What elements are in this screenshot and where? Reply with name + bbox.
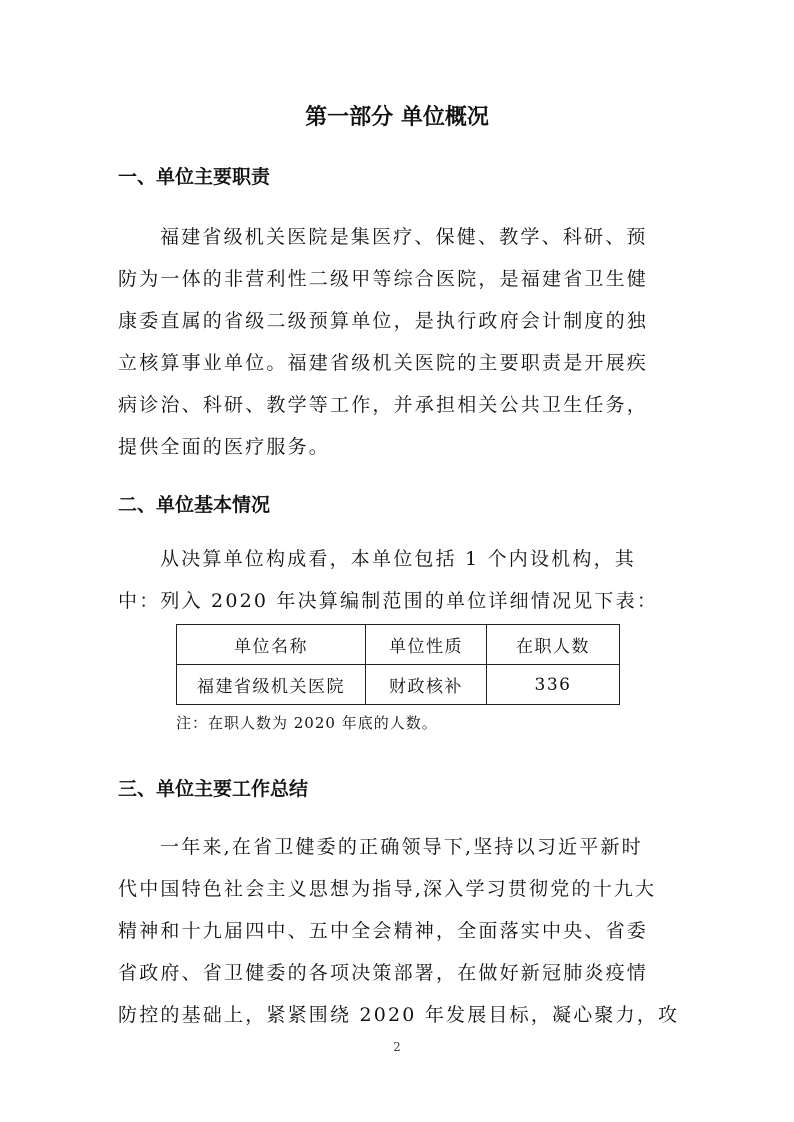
paragraph-line: 省政府、省卫健委的各项决策部署，在做好新冠肺炎疫情 xyxy=(118,958,688,985)
paragraph-line: 防为一体的非营利性二级甲等综合医院，是福建省卫生健 xyxy=(118,264,688,291)
paragraph-line: 代中国特色社会主义思想为指导,深入学习贯彻党的十九大 xyxy=(118,874,688,901)
table-cell: 336 xyxy=(487,665,620,705)
table-note: 注：在职人数为 2020 年底的人数。 xyxy=(176,712,438,733)
section-heading-work-summary: 三、单位主要工作总结 xyxy=(118,774,308,801)
table-header-row: 单位名称 单位性质 在职人数 xyxy=(177,625,620,665)
table-cell: 财政核补 xyxy=(366,665,487,705)
paragraph-line: 一年来,在省卫健委的正确领导下,坚持以习近平新时 xyxy=(160,832,730,859)
document-page: 第一部分 单位概况 一、单位主要职责 福建省级机关医院是集医疗、保健、教学、科研… xyxy=(0,0,794,1122)
paragraph-line: 提供全面的医疗服务。 xyxy=(118,432,688,459)
page-number: 2 xyxy=(0,1040,794,1054)
table-row: 福建省级机关医院 财政核补 336 xyxy=(177,665,620,705)
paragraph-line: 中：列入 2020 年决算编制范围的单位详细情况见下表： xyxy=(118,586,688,613)
paragraph-line: 精神和十九届四中、五中全会精神，全面落实中央、省委 xyxy=(118,916,688,943)
column-header: 在职人数 xyxy=(487,625,620,665)
paragraph-line: 康委直属的省级二级预算单位，是执行政府会计制度的独 xyxy=(118,306,688,333)
paragraph-line: 福建省级机关医院是集医疗、保健、教学、科研、预 xyxy=(160,222,730,249)
paragraph-line: 病诊治、科研、教学等工作，并承担相关公共卫生任务， xyxy=(118,390,688,417)
section-heading-duties: 一、单位主要职责 xyxy=(118,162,270,189)
paragraph-line: 从决算单位构成看，本单位包括 1 个内设机构，其 xyxy=(160,544,730,571)
paragraph-line: 防控的基础上，紧紧围绕 2020 年发展目标，凝心聚力，攻 xyxy=(118,1000,688,1027)
column-header: 单位名称 xyxy=(177,625,366,665)
page-title: 第一部分 单位概况 xyxy=(0,100,794,131)
paragraph-line: 立核算事业单位。福建省级机关医院的主要职责是开展疾 xyxy=(118,348,688,375)
table-cell: 福建省级机关医院 xyxy=(177,665,366,705)
section-heading-basic-info: 二、单位基本情况 xyxy=(118,490,270,517)
unit-table: 单位名称 单位性质 在职人数 福建省级机关医院 财政核补 336 xyxy=(176,624,620,705)
column-header: 单位性质 xyxy=(366,625,487,665)
